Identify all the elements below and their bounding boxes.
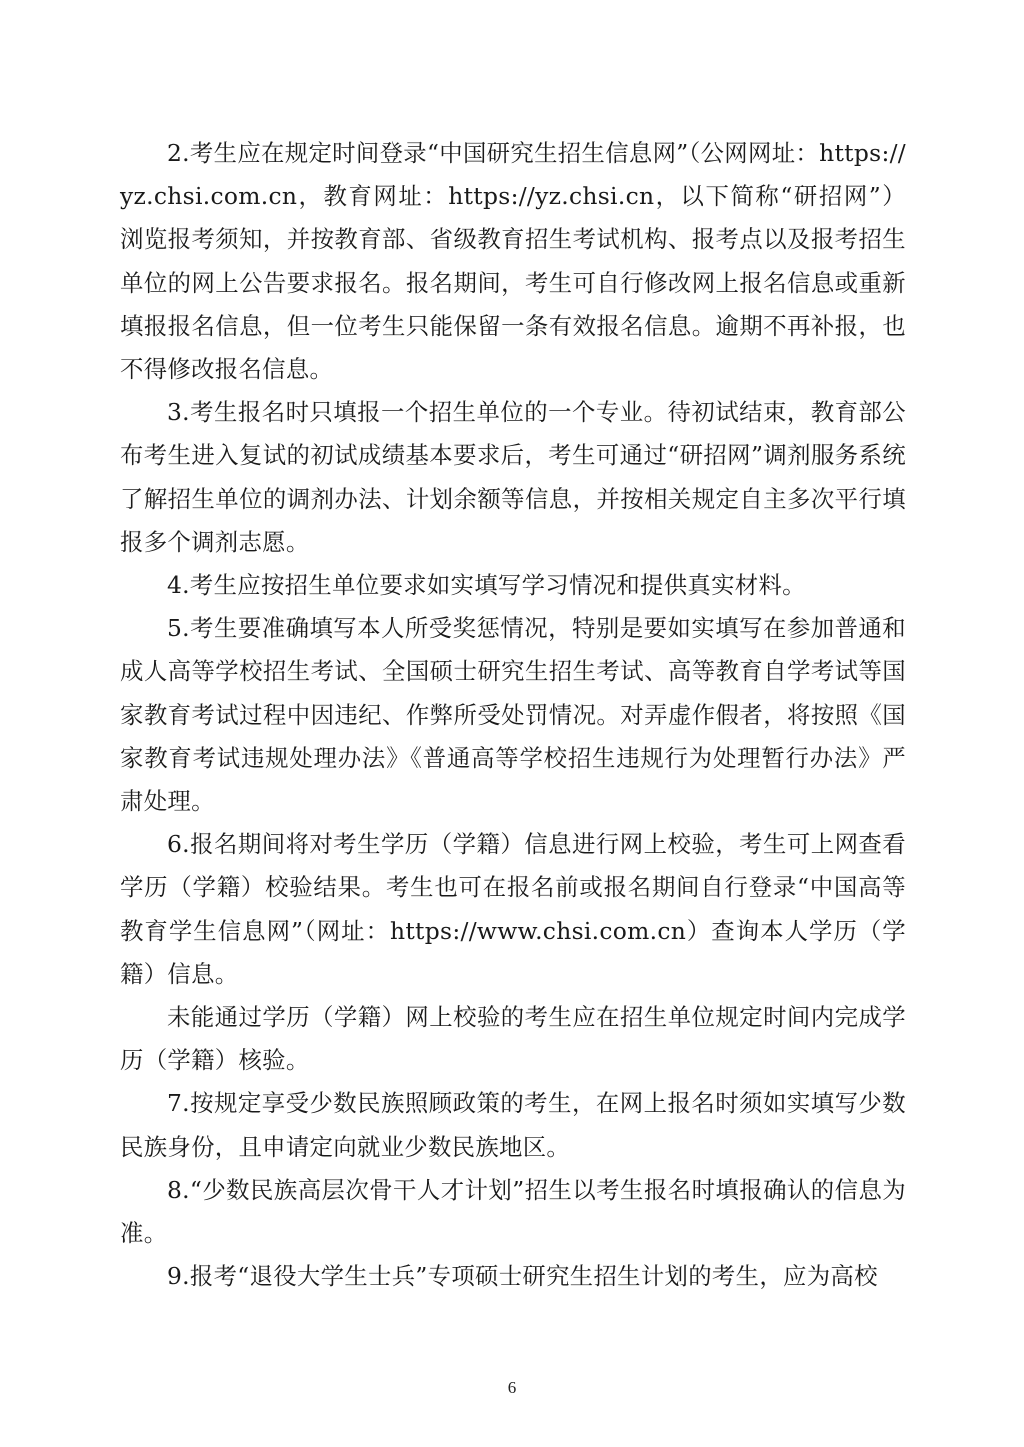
paragraph-item-7: 7.按规定享受少数民族照顾政策的考生，在网上报名时须如实填写少数民族身份，且申请…: [120, 1082, 906, 1168]
paragraph-item-2: 2.考生应在规定时间登录“中国研究生招生信息网”（公网网址：https://yz…: [120, 132, 906, 391]
paragraph-item-5: 5.考生要准确填写本人所受奖惩情况，特别是要如实填写在参加普通和成人高等学校招生…: [120, 607, 906, 823]
paragraph-item-6-note: 未能通过学历（学籍）网上校验的考生应在招生单位规定时间内完成学历（学籍）核验。: [120, 996, 906, 1082]
paragraph-item-9: 9.报考“退役大学生士兵”专项硕士研究生招生计划的考生，应为高校: [120, 1255, 906, 1298]
document-body: 2.考生应在规定时间登录“中国研究生招生信息网”（公网网址：https://yz…: [120, 132, 906, 1298]
page-number: 6: [0, 1378, 1024, 1398]
paragraph-item-4: 4.考生应按招生单位要求如实填写学习情况和提供真实材料。: [120, 564, 906, 607]
paragraph-item-8: 8.“少数民族高层次骨干人才计划”招生以考生报名时填报确认的信息为准。: [120, 1169, 906, 1255]
paragraph-item-6: 6.报名期间将对考生学历（学籍）信息进行网上校验，考生可上网查看学历（学籍）校验…: [120, 823, 906, 996]
paragraph-item-3: 3.考生报名时只填报一个招生单位的一个专业。待初试结束，教育部公布考生进入复试的…: [120, 391, 906, 564]
